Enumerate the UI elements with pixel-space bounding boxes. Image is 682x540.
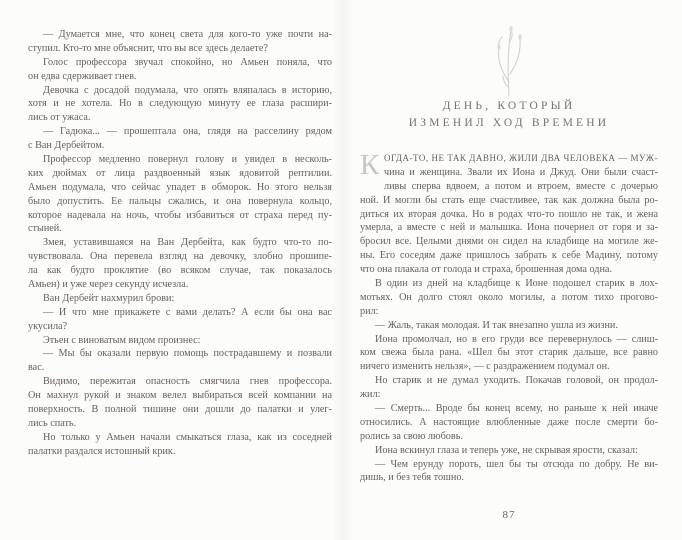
opening-paragraph: К ОГДА-ТО, НЕ ТАК ДАВНО, ЖИЛИ ДВА ЧЕЛОВЕ… <box>360 152 658 277</box>
text-line: Видимо, пережитая опасность смягчила гне… <box>28 375 332 389</box>
text-line: Змея, уставившаяся на Ван Дербейта, как … <box>28 236 332 250</box>
text-line: ких дюймах от лица раздвоенный язык ядов… <box>28 167 332 181</box>
paragraph: — Чем ерунду пороть, шел бы ты отсюда по… <box>360 458 658 486</box>
text-line: чувствовала. Она перевела взгляд на дево… <box>28 250 332 264</box>
text-line: мотьях. Он долго стоял около могилы, а п… <box>360 291 658 305</box>
text-line: ком свежа была рана. «Шел бы этот старик… <box>360 346 658 360</box>
text-line: Ван Дербейт нахмурил брови: <box>28 292 332 306</box>
text-line: рил: <box>360 305 658 319</box>
text-line: ливы сперва вдвоем, а потом и втроем, вм… <box>384 180 658 194</box>
text-line: Амьен) и уже через секунду исчезла. <box>28 278 332 292</box>
text-line: — Мы бы оказали первую помощь пострадавш… <box>28 347 332 361</box>
text-line: умерла, а вместе с ней и малышка. Иона п… <box>360 221 658 235</box>
text-line: ролись за свою любовь. <box>360 430 658 444</box>
text-line: Профессор медленно повернул голову и уви… <box>28 153 332 167</box>
left-page: — Думается мне, что конец света для кого… <box>28 28 332 459</box>
paragraph: — Гадюка... — прошептала она, глядя на р… <box>28 125 332 153</box>
text-line: — И что мне прикажете с вами делать? А е… <box>28 306 332 320</box>
text-line: он едва сдерживает гнев. <box>28 70 332 84</box>
paragraph: Видимо, пережитая опасность смягчила гне… <box>28 375 332 431</box>
text-line: стыней. <box>28 222 332 236</box>
text-line: В один из дней на кладбище к Ионе подоше… <box>360 277 658 291</box>
paragraph: Голос профессора звучал спокойно, но Амь… <box>28 56 332 84</box>
left-page-text: — Думается мне, что конец света для кого… <box>28 28 332 459</box>
text-line: палатки раздался истошный крик. <box>28 445 332 459</box>
chapter-title-line: ИЗМЕНИЛ ХОД ВРЕМЕНИ <box>360 115 658 132</box>
text-line: относились. А настоящие влюбленные даже … <box>360 416 658 430</box>
paragraph: Но только у Амьен начали смыкаться глаза… <box>28 431 332 459</box>
text-line: лись от ужаса. <box>28 111 332 125</box>
text-line: Он махнул рукой и знаком велел выбиратьс… <box>28 389 332 403</box>
paragraph: — Думается мне, что конец света для кого… <box>28 28 332 56</box>
text-line: с Ван Дербейтом. <box>28 139 332 153</box>
paragraph: Ван Дербейт нахмурил брови: <box>28 292 332 306</box>
drop-cap: К <box>360 152 384 180</box>
text-line: Но старик и не думал уходить. Покачав го… <box>360 374 658 388</box>
text-line: хотя и не хотела. Но в следующую минуту … <box>28 97 332 111</box>
text-line: бросил все. Целыми днями он сидел на кла… <box>360 235 658 249</box>
text-line: чина и женщина. Звали их Иона и Джуд. Он… <box>384 166 658 180</box>
text-line: ничего изменить нельзя», — с раздражение… <box>360 360 658 374</box>
text-line: вас. <box>28 361 332 375</box>
text-line: — Гадюка... — прошептала она, глядя на р… <box>28 125 332 139</box>
text-line: Иона промолчал, но в его груди все перев… <box>360 333 658 347</box>
text-line: было допустить. Ее пальцы сжались, и она… <box>28 195 332 209</box>
paragraph: Иона промолчал, но в его груди все перев… <box>360 333 658 375</box>
text-line: ступил. Кто-то мне объяснит, что вы все … <box>28 42 332 56</box>
paragraph: Иона вскинул глаза и теперь уже, не скры… <box>360 444 658 458</box>
text-line: Голос профессора звучал спокойно, но Амь… <box>28 56 332 70</box>
text-line: Но только у Амьен начали смыкаться глаза… <box>28 431 332 445</box>
page-gutter-shadow <box>333 0 353 540</box>
text-line: диться их вторая дочка. Но в родах что-т… <box>360 208 658 222</box>
opening-paragraph-lines: чина и женщина. Звали их Иона и Джуд. Он… <box>360 166 658 277</box>
text-line: Амьен подумала, что сейчас упадет в обмо… <box>28 181 332 195</box>
paragraph: — И что мне прикажете с вами делать? А е… <box>28 306 332 334</box>
text-line: — Думается мне, что конец света для кого… <box>28 28 332 42</box>
text-line: ны. Его соседям даже пришлось забрать к … <box>360 249 658 263</box>
paragraph: — Мы бы оказали первую помощь пострадавш… <box>28 347 332 375</box>
text-line: которое надевала на ночь, чтобы избавить… <box>28 209 332 223</box>
text-line: дишь, и без тебя тошно. <box>360 471 658 485</box>
right-page-paragraphs: В один из дней на кладбище к Ионе подоше… <box>360 277 658 485</box>
chapter-ornament <box>360 24 658 98</box>
text-line: — Чем ерунду пороть, шел бы ты отсюда по… <box>360 458 658 472</box>
text-line: укусила? <box>28 320 332 334</box>
text-line: поверхность. В полной тишине они дошли д… <box>28 403 332 417</box>
text-line: ной. И могли бы стать еще счастливее, та… <box>360 194 658 208</box>
paragraph: Девочка с досадой подумала, что опять вл… <box>28 84 332 126</box>
sprig-icon <box>487 24 531 103</box>
text-line: Этьен с виноватым видом произнес: <box>28 334 332 348</box>
text-line: лись спать. <box>28 417 332 431</box>
text-line: Девочка с досадой подумала, что опять вл… <box>28 84 332 98</box>
text-line: Иона вскинул глаза и теперь уже, не скры… <box>360 444 658 458</box>
text-line: — Жаль, такая молодая. И так внезапно уш… <box>360 319 658 333</box>
paragraph: Этьен с виноватым видом произнес: <box>28 334 332 348</box>
text-line: ла как будто проклятие (во всяком случае… <box>28 264 332 278</box>
paragraph: Профессор медленно повернул голову и уви… <box>28 153 332 236</box>
chapter-title-line: ДЕНЬ, КОТОРЫЙ <box>360 98 658 115</box>
right-page-text: К ОГДА-ТО, НЕ ТАК ДАВНО, ЖИЛИ ДВА ЧЕЛОВЕ… <box>360 152 658 485</box>
paragraph: Змея, уставившаяся на Ван Дербейта, как … <box>28 236 332 292</box>
text-line: — Смерть... Вроде бы конец всему, но ран… <box>360 402 658 416</box>
text-line: ОГДА-ТО, НЕ ТАК ДАВНО, ЖИЛИ ДВА ЧЕЛОВЕКА… <box>384 152 658 166</box>
paragraph: — Жаль, такая молодая. И так внезапно уш… <box>360 319 658 333</box>
text-line: жил: <box>360 388 658 402</box>
paragraph: — Смерть... Вроде бы конец всему, но ран… <box>360 402 658 444</box>
chapter-title: ДЕНЬ, КОТОРЫЙ ИЗМЕНИЛ ХОД ВРЕМЕНИ <box>360 98 658 132</box>
paragraph: Но старик и не думал уходить. Покачав го… <box>360 374 658 402</box>
paragraph: В один из дней на кладбище к Ионе подоше… <box>360 277 658 319</box>
right-page: ДЕНЬ, КОТОРЫЙ ИЗМЕНИЛ ХОД ВРЕМЕНИ К ОГДА… <box>360 10 658 521</box>
text-line: что она плакала от голода и страха, брош… <box>360 263 658 277</box>
page-number: 87 <box>360 509 658 521</box>
